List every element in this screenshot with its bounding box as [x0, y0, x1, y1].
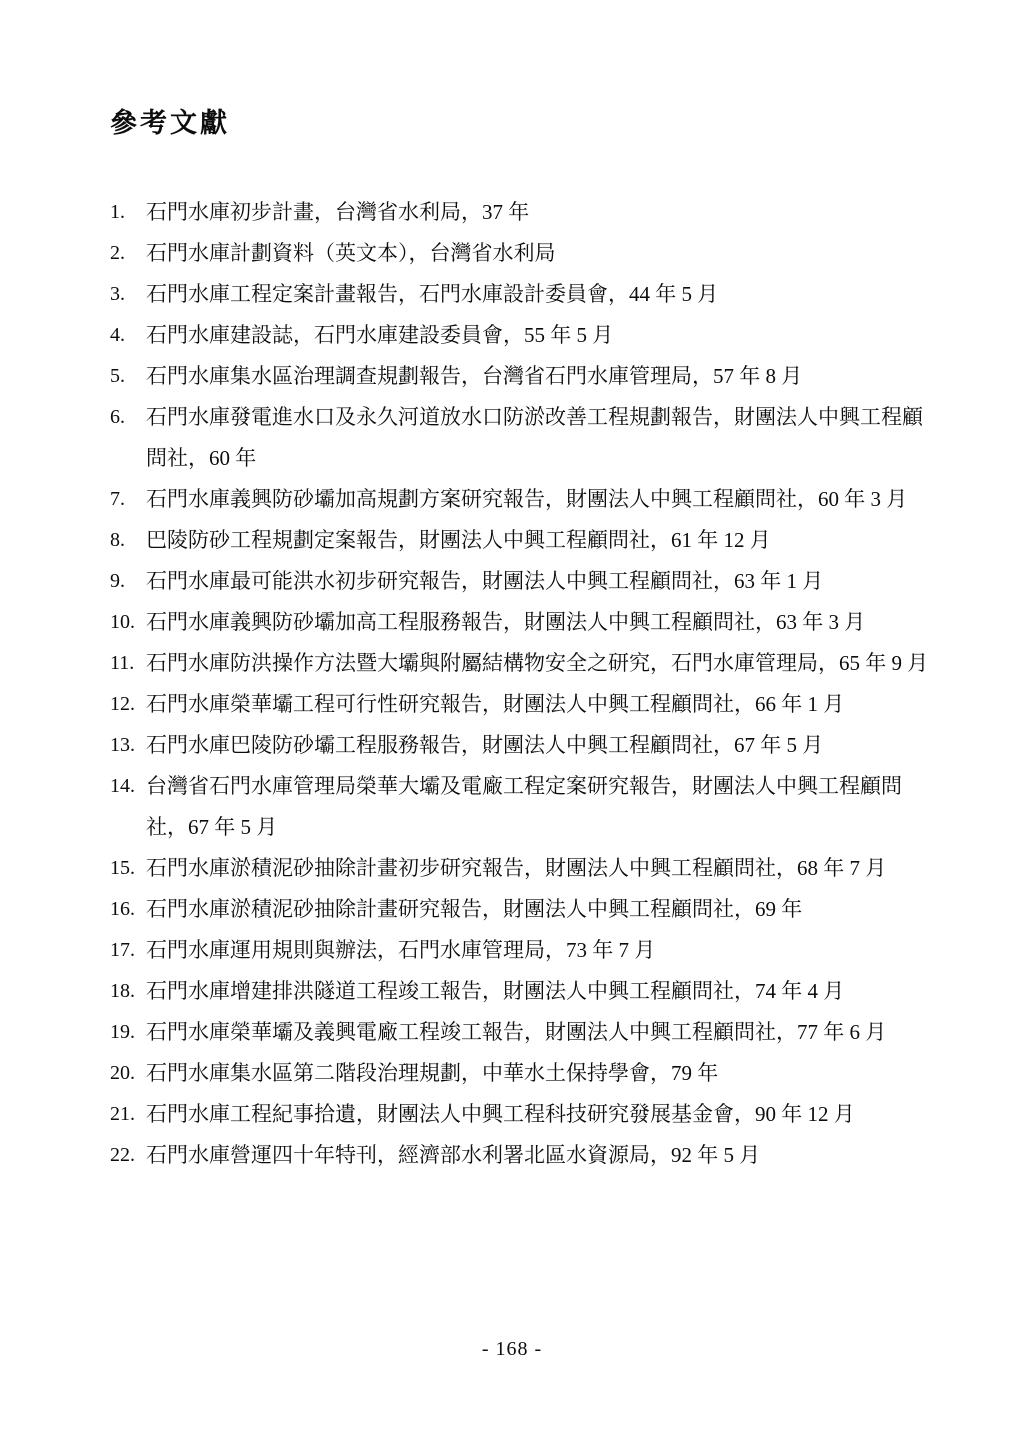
reference-text: 石門水庫義興防砂壩加高工程服務報告，財團法人中興工程顧問社，63 年 3 月 — [146, 602, 955, 643]
reference-item: 9. 石門水庫最可能洪水初步研究報告，財團法人中興工程顧問社，63 年 1 月 — [110, 561, 955, 602]
reference-number: 2. — [110, 233, 125, 274]
reference-number: 13. — [110, 725, 135, 766]
reference-text: 石門水庫集水區治理調查規劃報告，台灣省石門水庫管理局，57 年 8 月 — [146, 356, 955, 397]
reference-item: 16. 石門水庫淤積泥砂抽除計畫研究報告，財團法人中興工程顧問社，69 年 — [110, 889, 955, 930]
reference-item: 10. 石門水庫義興防砂壩加高工程服務報告，財團法人中興工程顧問社，63 年 3… — [110, 602, 955, 643]
reference-text: 石門水庫發電進水口及永久河道放水口防淤改善工程規劃報告，財團法人中興工程顧問社，… — [146, 397, 955, 479]
reference-number: 4. — [110, 315, 125, 356]
reference-number: 12. — [110, 684, 135, 725]
reference-line: 石門水庫榮華壩及義興電廠工程竣工報告，財團法人中興工程顧問社，77 年 6 月 — [146, 1012, 955, 1053]
references-list: 1. 石門水庫初步計畫，台灣省水利局，37 年 2. 石門水庫計劃資料（英文本）… — [110, 192, 955, 1176]
reference-item: 14. 台灣省石門水庫管理局榮華大壩及電廠工程定案研究報告，財團法人中興工程顧問… — [110, 766, 955, 848]
reference-number: 19. — [110, 1012, 135, 1053]
reference-number: 5. — [110, 356, 125, 397]
reference-item: 19. 石門水庫榮華壩及義興電廠工程竣工報告，財團法人中興工程顧問社，77 年 … — [110, 1012, 955, 1053]
reference-text: 石門水庫巴陵防砂壩工程服務報告，財團法人中興工程顧問社，67 年 5 月 — [146, 725, 955, 766]
reference-number: 16. — [110, 889, 135, 930]
reference-item: 4. 石門水庫建設誌，石門水庫建設委員會，55 年 5 月 — [110, 315, 955, 356]
reference-number: 15. — [110, 848, 135, 889]
reference-line: 石門水庫工程定案計畫報告，石門水庫設計委員會，44 年 5 月 — [146, 274, 955, 315]
reference-text: 石門水庫增建排洪隧道工程竣工報告，財團法人中興工程顧問社，74 年 4 月 — [146, 971, 955, 1012]
reference-item: 20. 石門水庫集水區第二階段治理規劃，中華水土保持學會，79 年 — [110, 1053, 955, 1094]
page-number: - 168 - — [0, 1334, 1024, 1364]
reference-line: 石門水庫淤積泥砂抽除計畫研究報告，財團法人中興工程顧問社，69 年 — [146, 889, 955, 930]
reference-line: 台灣省石門水庫管理局榮華大壩及電廠工程定案研究報告，財團法人中興工程顧問 — [146, 766, 955, 807]
reference-text: 石門水庫淤積泥砂抽除計畫研究報告，財團法人中興工程顧問社，69 年 — [146, 889, 955, 930]
reference-line: 石門水庫淤積泥砂抽除計畫初步研究報告，財團法人中興工程顧問社，68 年 7 月 — [146, 848, 955, 889]
reference-number: 1. — [110, 192, 125, 233]
reference-text: 石門水庫義興防砂壩加高規劃方案研究報告，財團法人中興工程顧問社，60 年 3 月 — [146, 479, 955, 520]
reference-text: 石門水庫榮華壩及義興電廠工程竣工報告，財團法人中興工程顧問社，77 年 6 月 — [146, 1012, 955, 1053]
reference-line: 石門水庫營運四十年特刊，經濟部水利署北區水資源局，92 年 5 月 — [146, 1135, 955, 1176]
reference-text: 巴陵防砂工程規劃定案報告，財團法人中興工程顧問社，61 年 12 月 — [146, 520, 955, 561]
reference-number: 18. — [110, 971, 135, 1012]
reference-text: 石門水庫工程定案計畫報告，石門水庫設計委員會，44 年 5 月 — [146, 274, 955, 315]
reference-text: 石門水庫建設誌，石門水庫建設委員會，55 年 5 月 — [146, 315, 955, 356]
reference-number: 7. — [110, 479, 125, 520]
page-title: 參考文獻 — [110, 106, 230, 140]
reference-text: 石門水庫集水區第二階段治理規劃，中華水土保持學會，79 年 — [146, 1053, 955, 1094]
reference-line: 問社，60 年 — [146, 438, 955, 479]
reference-line: 石門水庫運用規則與辦法，石門水庫管理局，73 年 7 月 — [146, 930, 955, 971]
reference-text: 石門水庫計劃資料（英文本），台灣省水利局 — [146, 233, 955, 274]
reference-line: 石門水庫集水區第二階段治理規劃，中華水土保持學會，79 年 — [146, 1053, 955, 1094]
document-page: 參考文獻 1. 石門水庫初步計畫，台灣省水利局，37 年 2. 石門水庫計劃資料… — [0, 0, 1024, 1443]
reference-line: 石門水庫工程紀事拾遺，財團法人中興工程科技研究發展基金會，90 年 12 月 — [146, 1094, 955, 1135]
reference-line: 石門水庫增建排洪隧道工程竣工報告，財團法人中興工程顧問社，74 年 4 月 — [146, 971, 955, 1012]
reference-item: 6. 石門水庫發電進水口及永久河道放水口防淤改善工程規劃報告，財團法人中興工程顧… — [110, 397, 955, 479]
reference-item: 11. 石門水庫防洪操作方法暨大壩與附屬結構物安全之研究，石門水庫管理局，65 … — [110, 643, 955, 684]
reference-number: 8. — [110, 520, 125, 561]
reference-number: 21. — [110, 1094, 135, 1135]
reference-line: 社，67 年 5 月 — [146, 807, 955, 848]
reference-number: 22. — [110, 1135, 135, 1176]
reference-item: 15. 石門水庫淤積泥砂抽除計畫初步研究報告，財團法人中興工程顧問社，68 年 … — [110, 848, 955, 889]
reference-number: 6. — [110, 397, 125, 438]
reference-text: 石門水庫淤積泥砂抽除計畫初步研究報告，財團法人中興工程顧問社，68 年 7 月 — [146, 848, 955, 889]
reference-item: 18. 石門水庫增建排洪隧道工程竣工報告，財團法人中興工程顧問社，74 年 4 … — [110, 971, 955, 1012]
reference-item: 21. 石門水庫工程紀事拾遺，財團法人中興工程科技研究發展基金會，90 年 12… — [110, 1094, 955, 1135]
reference-item: 3. 石門水庫工程定案計畫報告，石門水庫設計委員會，44 年 5 月 — [110, 274, 955, 315]
reference-text: 石門水庫防洪操作方法暨大壩與附屬結構物安全之研究，石門水庫管理局，65 年 9 … — [146, 643, 955, 684]
reference-number: 9. — [110, 561, 125, 602]
reference-line: 石門水庫最可能洪水初步研究報告，財團法人中興工程顧問社，63 年 1 月 — [146, 561, 955, 602]
reference-item: 2. 石門水庫計劃資料（英文本），台灣省水利局 — [110, 233, 955, 274]
reference-line: 石門水庫榮華壩工程可行性研究報告，財團法人中興工程顧問社，66 年 1 月 — [146, 684, 955, 725]
reference-line: 巴陵防砂工程規劃定案報告，財團法人中興工程顧問社，61 年 12 月 — [146, 520, 955, 561]
reference-text: 台灣省石門水庫管理局榮華大壩及電廠工程定案研究報告，財團法人中興工程顧問社，67… — [146, 766, 955, 848]
reference-number: 20. — [110, 1053, 135, 1094]
reference-item: 1. 石門水庫初步計畫，台灣省水利局，37 年 — [110, 192, 955, 233]
reference-line: 石門水庫集水區治理調查規劃報告，台灣省石門水庫管理局，57 年 8 月 — [146, 356, 955, 397]
reference-line: 石門水庫初步計畫，台灣省水利局，37 年 — [146, 192, 955, 233]
reference-line: 石門水庫建設誌，石門水庫建設委員會，55 年 5 月 — [146, 315, 955, 356]
reference-text: 石門水庫運用規則與辦法，石門水庫管理局，73 年 7 月 — [146, 930, 955, 971]
reference-line: 石門水庫發電進水口及永久河道放水口防淤改善工程規劃報告，財團法人中興工程顧 — [146, 397, 955, 438]
reference-text: 石門水庫榮華壩工程可行性研究報告，財團法人中興工程顧問社，66 年 1 月 — [146, 684, 955, 725]
reference-line: 石門水庫防洪操作方法暨大壩與附屬結構物安全之研究，石門水庫管理局，65 年 9 … — [146, 643, 955, 684]
reference-line: 石門水庫計劃資料（英文本），台灣省水利局 — [146, 233, 955, 274]
reference-number: 17. — [110, 930, 135, 971]
reference-number: 10. — [110, 602, 135, 643]
reference-line: 石門水庫義興防砂壩加高工程服務報告，財團法人中興工程顧問社，63 年 3 月 — [146, 602, 955, 643]
reference-item: 7. 石門水庫義興防砂壩加高規劃方案研究報告，財團法人中興工程顧問社，60 年 … — [110, 479, 955, 520]
reference-item: 22. 石門水庫營運四十年特刊，經濟部水利署北區水資源局，92 年 5 月 — [110, 1135, 955, 1176]
reference-number: 3. — [110, 274, 125, 315]
reference-line: 石門水庫義興防砂壩加高規劃方案研究報告，財團法人中興工程顧問社，60 年 3 月 — [146, 479, 955, 520]
reference-item: 13. 石門水庫巴陵防砂壩工程服務報告，財團法人中興工程顧問社，67 年 5 月 — [110, 725, 955, 766]
reference-item: 17. 石門水庫運用規則與辦法，石門水庫管理局，73 年 7 月 — [110, 930, 955, 971]
reference-text: 石門水庫初步計畫，台灣省水利局，37 年 — [146, 192, 955, 233]
reference-item: 12. 石門水庫榮華壩工程可行性研究報告，財團法人中興工程顧問社，66 年 1 … — [110, 684, 955, 725]
reference-text: 石門水庫工程紀事拾遺，財團法人中興工程科技研究發展基金會，90 年 12 月 — [146, 1094, 955, 1135]
reference-item: 8. 巴陵防砂工程規劃定案報告，財團法人中興工程顧問社，61 年 12 月 — [110, 520, 955, 561]
reference-line: 石門水庫巴陵防砂壩工程服務報告，財團法人中興工程顧問社，67 年 5 月 — [146, 725, 955, 766]
reference-text: 石門水庫最可能洪水初步研究報告，財團法人中興工程顧問社，63 年 1 月 — [146, 561, 955, 602]
reference-number: 14. — [110, 766, 135, 807]
reference-number: 11. — [110, 643, 134, 684]
reference-item: 5. 石門水庫集水區治理調查規劃報告，台灣省石門水庫管理局，57 年 8 月 — [110, 356, 955, 397]
reference-text: 石門水庫營運四十年特刊，經濟部水利署北區水資源局，92 年 5 月 — [146, 1135, 955, 1176]
